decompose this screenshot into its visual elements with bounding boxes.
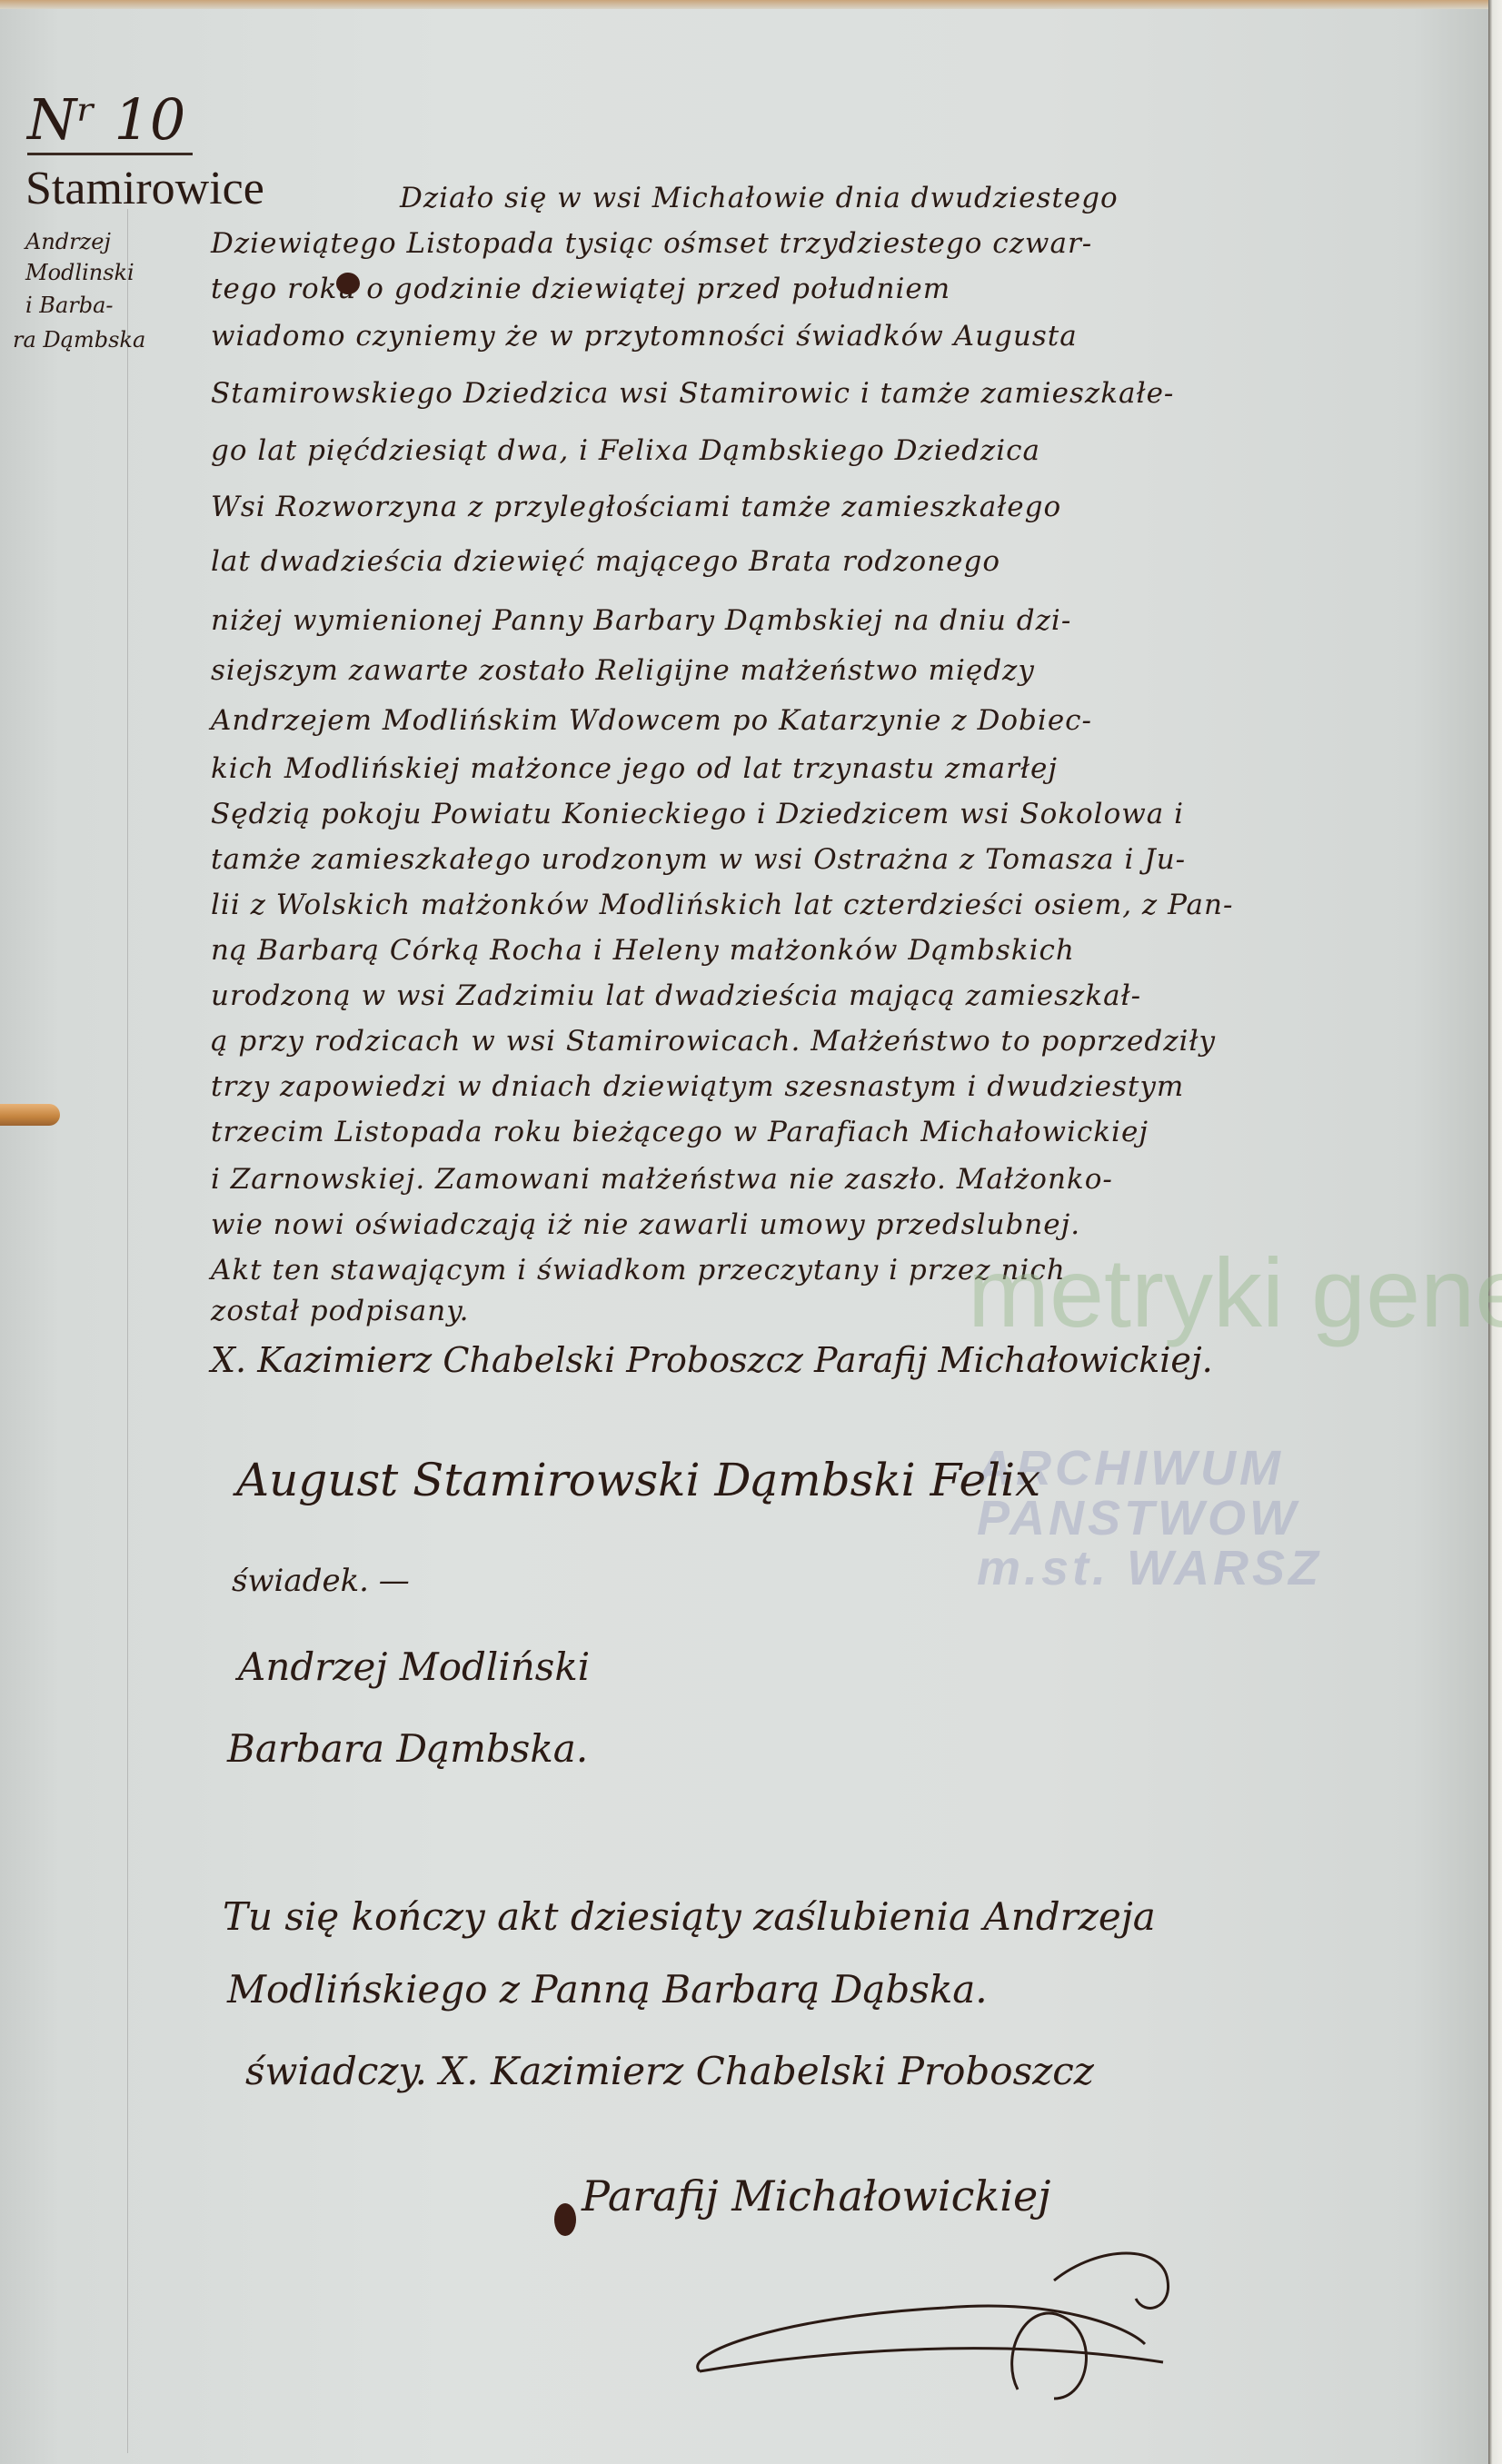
village-heading: Stamirowice (25, 162, 264, 215)
closing-line: Parafij Michałowickiej (582, 2171, 1050, 2221)
page-top-edge (0, 0, 1502, 9)
body-line: lii z Wolskich małżonków Modlińskich lat… (211, 889, 1233, 921)
body-line: i Zarnowskiej. Zamowani małżeństwa nie z… (211, 1163, 1113, 1196)
body-line: ą przy rodzicach w wsi Stamirowicach. Ma… (211, 1025, 1216, 1058)
body-line: ną Barbarą Córką Rocha i Heleny małżonkó… (211, 934, 1075, 967)
body-line: Sędzią pokoju Powiatu Konieckiego i Dzie… (211, 798, 1184, 830)
book-binding-edge (1488, 0, 1502, 2464)
closing-line: Tu się kończy akt dziesiąty zaślubienia … (223, 1894, 1156, 1939)
brass-pin-icon (0, 1104, 60, 1126)
bride-signature: Barbara Dąmbska. (227, 1726, 588, 1771)
body-line: został podpisany. (211, 1295, 469, 1327)
body-line: Andrzejem Modlińskim Wdowcem po Katarzyn… (211, 704, 1092, 737)
body-line: Stamirowskiego Dziedzica wsi Stamirowic … (211, 377, 1174, 410)
body-line: tego roku o godzinie dziewiątej przed po… (211, 273, 950, 305)
body-line: Dziewiątego Listopada tysiąc ośmset trzy… (211, 227, 1092, 260)
body-line: wiadomo czyniemy że w przytomności świad… (211, 320, 1078, 353)
body-line: go lat pięćdziesiąt dwa, i Felixa Dąmbsk… (211, 434, 1040, 467)
witness-label: świadek. — (232, 1563, 410, 1599)
priest-signature: X. Kazimierz Chabelski Proboszcz Parafij… (211, 1340, 1213, 1380)
body-line: urodzoną w wsi Zadzimiu lat dwadzieścia … (211, 979, 1141, 1012)
ink-blot (336, 273, 360, 294)
ink-blot (554, 2203, 576, 2236)
body-line: niżej wymienionej Panny Barbary Dąmbskie… (211, 604, 1071, 637)
closing-line: Modlińskiego z Panną Barbarą Dąbska. (227, 1967, 988, 2012)
margin-note-line: Andrzej (25, 229, 111, 254)
body-line: Działo się w wsi Michałowie dnia dwudzie… (400, 182, 1119, 214)
body-line: Akt ten stawającym i świadkom przeczytan… (211, 1254, 1066, 1287)
body-line: tamże zamieszkałego urodzonym w wsi Ostr… (211, 843, 1186, 876)
body-line: trzecim Listopada roku bieżącego w Paraf… (211, 1116, 1149, 1148)
body-line: lat dwadzieścia dziewięć mającego Brata … (211, 545, 1000, 578)
body-line: wie nowi oświadczają iż nie zawarli umow… (211, 1208, 1080, 1241)
signature-flourish-icon (672, 2244, 1181, 2408)
margin-note-line: Modlinski (25, 260, 134, 285)
margin-rule-line (127, 209, 128, 2453)
body-line: Wsi Rozworzyna z przyległościami tamże z… (211, 491, 1061, 523)
margin-note-line: i Barba- (25, 293, 114, 318)
witness-signatures: August Stamirowski Dąmbski Felix (236, 1454, 1040, 1506)
body-line: trzy zapowiedzi w dniach dziewiątym szes… (211, 1070, 1184, 1103)
body-line: kich Modlińskiej małżonce jego od lat tr… (211, 752, 1058, 785)
body-line: siejszym zawarte zostało Religijne małże… (211, 654, 1035, 687)
margin-note-line: ra Dąmbska (13, 327, 145, 353)
groom-signature: Andrzej Modliński (238, 1644, 590, 1689)
closing-line: świadczy. X. Kazimierz Chabelski Probosz… (245, 2049, 1094, 2093)
act-number: Nʳ 10 (27, 86, 193, 155)
